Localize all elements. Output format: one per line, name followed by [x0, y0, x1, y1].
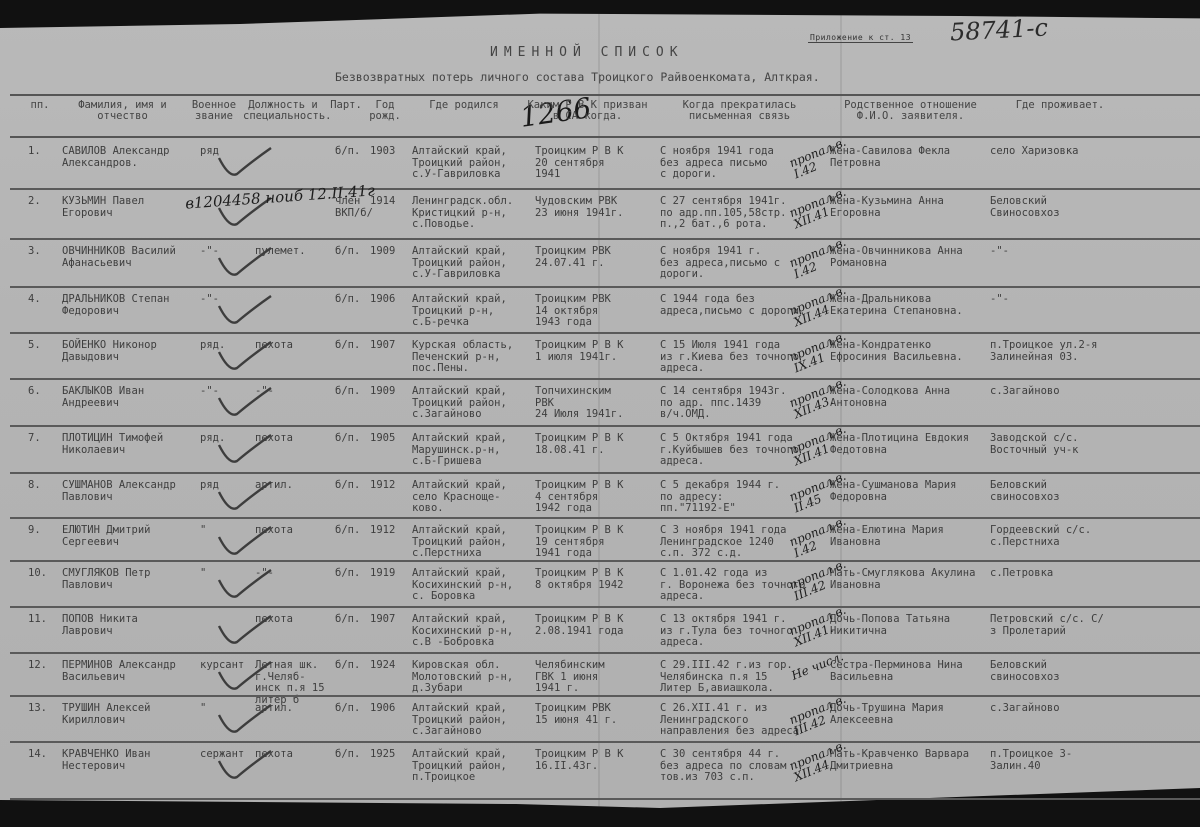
- cell-name: ПЕРМИНОВ Александр Васильевич: [62, 660, 182, 683]
- cell-year: 1924: [370, 660, 408, 672]
- cell-born: Алтайский край, Троицкий район, с.Перстн…: [412, 525, 530, 560]
- archive-number: 58741-с: [949, 13, 1048, 46]
- cell-no: 6.: [28, 386, 58, 398]
- column-header: Год рожд.: [366, 100, 404, 122]
- cell-born: Алтайский край, Троицкий район, с.У-Гавр…: [412, 146, 530, 181]
- cell-contact: С 14 сентября 1943г. по адр. ппс.1439 в/…: [660, 386, 810, 421]
- cell-born: Алтайский край, Троицкий район, п.Троицк…: [412, 749, 530, 784]
- cell-name: БАКЛЫКОВ Иван Андреевич: [62, 386, 182, 409]
- column-header: Военное звание: [185, 100, 243, 122]
- header-bottom-rule: [10, 136, 1200, 138]
- cell-party: б/п.: [335, 246, 375, 258]
- table-row: 2.КУЗЬМИН Павел Егоровиччлен ВКП/б/1914Л…: [10, 190, 1200, 240]
- cell-year: 1914: [370, 196, 408, 208]
- cell-residence: с.Загайново: [990, 703, 1110, 715]
- column-header: Фамилия, имя и отчество: [60, 100, 185, 122]
- cell-relative: Мать-Смуглякова Акулина Ивановна: [830, 568, 980, 591]
- cell-relative: Мать-Кравченко Варвара Дмитриевна: [830, 749, 980, 772]
- cell-rvk: Троицким Р В К 19 сентября 1941 года: [535, 525, 653, 560]
- cell-year: 1906: [370, 703, 408, 715]
- column-header: Должность и специальность.: [243, 100, 323, 122]
- cell-party: б/п.: [335, 294, 375, 306]
- cell-contact: С 30 сентября 44 г. без адреса по словам…: [660, 749, 810, 784]
- cell-no: 5.: [28, 340, 58, 352]
- cell-residence: с.Петровка: [990, 568, 1110, 580]
- cell-residence: Беловский свиносовхоз: [990, 660, 1110, 683]
- column-header: пп.: [20, 100, 60, 111]
- cell-year: 1907: [370, 614, 408, 626]
- cell-name: БОЙЕНКО Никонор Давыдович: [62, 340, 182, 363]
- page-subtitle: Безвозвратных потерь личного состава Тро…: [335, 70, 820, 84]
- cell-party: б/п.: [335, 614, 375, 626]
- cell-year: 1912: [370, 525, 408, 537]
- checkmark-icon: [215, 292, 275, 328]
- checkmark-icon: [215, 566, 275, 602]
- checkmark-icon: [215, 612, 275, 648]
- cell-rvk: Чудовским РВК 23 июня 1941г.: [535, 196, 653, 219]
- cell-no: 2.: [28, 196, 58, 208]
- checkmark-icon: [215, 747, 275, 783]
- table-row: 7.ПЛОТИЦИН Тимофей Николаевичряд.пехотаб…: [10, 427, 1200, 474]
- cell-contact: С 29.III.42 г.из гор. Челябинска п.я 15 …: [660, 660, 810, 695]
- handwritten-note: пропал в. I.42: [788, 515, 852, 560]
- table-row: 10.СМУГЛЯКОВ Петр Павлович"-"-б/п.1919Ал…: [10, 562, 1200, 608]
- cell-contact: С ноября 1941 г. без адреса,письмо с дор…: [660, 246, 810, 281]
- cell-rvk: Троицким РВК 14 октября 1943 года: [535, 294, 653, 329]
- table-row: 5.БОЙЕНКО Никонор Давыдовичряд.пехотаб/п…: [10, 334, 1200, 380]
- cell-rvk: Троицким Р В К 2.08.1941 года: [535, 614, 653, 637]
- cell-rvk: Троицким Р В К 20 сентября 1941: [535, 146, 653, 181]
- handwritten-note: пропал в. XII.41: [788, 423, 852, 468]
- checkmark-icon: [215, 144, 275, 180]
- checkmark-icon: [215, 523, 275, 559]
- cell-rvk: Троицким Р В К 8 октября 1942: [535, 568, 653, 591]
- cell-born: Алтайский край, Троицкий район, с.У-Гавр…: [412, 246, 530, 281]
- cell-year: 1906: [370, 294, 408, 306]
- cell-year: 1919: [370, 568, 408, 580]
- cell-rvk: Челябинским ГВК 1 июня 1941 г.: [535, 660, 653, 695]
- table-row: 14.КРАВЧЕНКО Иван Нестеровичсержантпехот…: [10, 743, 1200, 800]
- cell-contact: С 15 Июля 1941 года из г.Киева без точно…: [660, 340, 810, 375]
- handwritten-note: пропал в. XII.43.: [788, 376, 852, 421]
- handwritten-note: пропал в. I.42: [788, 136, 852, 181]
- cell-contact: С 26.XII.41 г. из Ленинградского направл…: [660, 703, 810, 738]
- column-header: Парт.: [326, 100, 366, 111]
- cell-residence: Петровский с/с. С/з Пролетарий: [990, 614, 1110, 637]
- cell-born: Курская область, Печенский р-н, пос.Пены…: [412, 340, 530, 375]
- cell-residence: с.Загайново: [990, 386, 1110, 398]
- cell-no: 1.: [28, 146, 58, 158]
- cell-no: 9.: [28, 525, 58, 537]
- checkmark-icon: [215, 431, 275, 467]
- checkmark-icon: [215, 338, 275, 374]
- cell-rvk: Троицким Р В К 4 сентября 1942 года: [535, 480, 653, 515]
- cell-contact: С 5 Октября 1941 года г.Куйбышев без точ…: [660, 433, 810, 468]
- cell-relative: Жена-Кузьмина Анна Егоровна: [830, 196, 980, 219]
- cell-born: Алтайский край, Косихинский р-н, с. Боро…: [412, 568, 530, 603]
- cell-relative: Жена-Овчинникова Анна Романовна: [830, 246, 980, 269]
- checkmark-icon: [215, 701, 275, 737]
- cell-year: 1909: [370, 246, 408, 258]
- handwritten-note: пропал в. III.42: [788, 558, 852, 603]
- cell-party: б/п.: [335, 146, 375, 158]
- cell-no: 14.: [28, 749, 58, 761]
- checkmark-icon: [215, 478, 275, 514]
- cell-party: б/п.: [335, 525, 375, 537]
- cell-residence: -"-: [990, 294, 1110, 306]
- cell-no: 13.: [28, 703, 58, 715]
- cell-name: ПЛОТИЦИН Тимофей Николаевич: [62, 433, 182, 456]
- cell-name: ТРУШИН Алексей Кириллович: [62, 703, 182, 726]
- cell-no: 10.: [28, 568, 58, 580]
- table-row: 3.ОВЧИННИКОВ Василий Афанасьевич-"-пулем…: [10, 240, 1200, 288]
- cell-contact: С 1.01.42 года из г. Воронежа без точног…: [660, 568, 810, 603]
- cell-relative: Жена-Сушманова Мария Федоровна: [830, 480, 980, 503]
- cell-year: 1925: [370, 749, 408, 761]
- cell-year: 1909: [370, 386, 408, 398]
- cell-born: Алтайский край, село Красноще- ково.: [412, 480, 530, 515]
- cell-residence: п.Троицкое 3-Залин.40: [990, 749, 1110, 772]
- cell-residence: п.Троицкое ул.2-я Залинейная 03.: [990, 340, 1110, 363]
- cell-rvk: Топчихинским РВК 24 Июля 1941г.: [535, 386, 653, 421]
- table-row: 11.ПОПОВ Никита Лавровичпехотаб/п.1907Ал…: [10, 608, 1200, 654]
- cell-contact: С ноября 1941 года без адреса письмо с д…: [660, 146, 810, 181]
- handwritten-note: пропал в. XII.44: [788, 739, 852, 784]
- table-row: 8.СУШМАНОВ Александр Павловичрядартил.б/…: [10, 474, 1200, 519]
- cell-name: ПОПОВ Никита Лаврович: [62, 614, 182, 637]
- cell-name: САВИЛОВ Александр Александров.: [62, 146, 182, 169]
- cell-born: Кировская обл. Молотовский р-н, д.Зубари: [412, 660, 530, 695]
- cell-born: Алтайский край, Марушинск.р-н, с.Б-Грише…: [412, 433, 530, 468]
- cell-contact: С 27 сентября 1941г. по адр.пп.105,58стр…: [660, 196, 810, 231]
- checkmark-icon: [215, 658, 275, 694]
- cell-born: Алтайский край, Троицкий район, с.Загайн…: [412, 703, 530, 738]
- cell-relative: Жена-Кондратенко Ефросиния Васильевна.: [830, 340, 980, 363]
- cell-year: 1912: [370, 480, 408, 492]
- cell-year: 1903: [370, 146, 408, 158]
- table-row: 9.ЕЛЮТИН Дмитрий Сергеевич"пехотаб/п.191…: [10, 519, 1200, 562]
- archive-stamp: Приложение к ст. 13: [808, 33, 913, 43]
- cell-rvk: Троицким РВК 24.07.41 г.: [535, 246, 653, 269]
- cell-party: б/п.: [335, 660, 375, 672]
- handwritten-note: пропал в. IX.41: [788, 330, 852, 375]
- cell-relative: Жена-Елютина Мария Ивановна: [830, 525, 980, 548]
- cell-born: Ленинградск.обл. Кристицкий р-н, с.Повод…: [412, 196, 530, 231]
- cell-contact: С 3 ноября 1941 года Ленинградское 1240 …: [660, 525, 810, 560]
- table-row: 13.ТРУШИН Алексей Кириллович"артил.б/п.1…: [10, 697, 1200, 743]
- cell-residence: Беловский свиносовхоз: [990, 480, 1110, 503]
- cell-relative: Жена-Дральникова Екатерина Степановна.: [830, 294, 980, 317]
- cell-name: КУЗЬМИН Павел Егорович: [62, 196, 182, 219]
- row-divider: [10, 798, 1200, 800]
- cell-party: б/п.: [335, 480, 375, 492]
- cell-name: ОВЧИННИКОВ Василий Афанасьевич: [62, 246, 182, 269]
- cell-name: ДРАЛЬНИКОВ Степан Федорович: [62, 294, 182, 317]
- cell-party: б/п.: [335, 749, 375, 761]
- cell-rvk: Троицким Р В К 18.08.41 г.: [535, 433, 653, 456]
- cell-no: 11.: [28, 614, 58, 626]
- cell-no: 8.: [28, 480, 58, 492]
- cell-year: 1905: [370, 433, 408, 445]
- table-row: 12.ПЕРМИНОВ Александр ВасильевичкурсантЛ…: [10, 654, 1200, 697]
- cell-party: б/п.: [335, 703, 375, 715]
- page-title: ИМЕННОЙ СПИСОК: [490, 45, 684, 60]
- cell-rvk: Троицким РВК 15 июня 41 г.: [535, 703, 653, 726]
- table-row: 4.ДРАЛЬНИКОВ Степан Федорович-"-б/п.1906…: [10, 288, 1200, 334]
- handwritten-note: пропал в. XII.41.: [788, 604, 852, 649]
- handwritten-note: пропал в. II.45: [788, 470, 852, 515]
- cell-party: б/п.: [335, 340, 375, 352]
- cell-party: б/п.: [335, 433, 375, 445]
- cell-born: Алтайский край, Косихинский р-н, с.В -Бо…: [412, 614, 530, 649]
- column-header: Где проживает.: [995, 100, 1125, 111]
- cell-residence: Заводской с/с. Восточный уч-к: [990, 433, 1110, 456]
- cell-name: ЕЛЮТИН Дмитрий Сергеевич: [62, 525, 182, 548]
- cell-born: Алтайский край, Троицкий район, с.Загайн…: [412, 386, 530, 421]
- handwritten-note: пропал в. XII.41: [788, 186, 852, 231]
- cell-rvk: Троицким Р В К 16.II.43г.: [535, 749, 653, 772]
- handwritten-note: пропал в. III.42: [788, 693, 852, 738]
- cell-relative: Сестра-Перминова Нина Васильевна: [830, 660, 980, 683]
- cell-residence: Беловский Свиносовхоз: [990, 196, 1110, 219]
- cell-name: СУШМАНОВ Александр Павлович: [62, 480, 182, 503]
- cell-relative: Жена-Савилова Фекла Петровна: [830, 146, 980, 169]
- cell-name: КРАВЧЕНКО Иван Нестерович: [62, 749, 182, 772]
- column-header: Когда прекратилась письменная связь: [652, 100, 827, 122]
- cell-relative: Жена-Солодкова Анна Антоновна: [830, 386, 980, 409]
- checkmark-icon: [215, 244, 275, 280]
- cell-no: 3.: [28, 246, 58, 258]
- cell-party: б/п.: [335, 386, 375, 398]
- column-header: Где родился: [404, 100, 524, 111]
- cell-contact: С 13 октября 1941 г. из г.Тула без точно…: [660, 614, 810, 649]
- cell-name: СМУГЛЯКОВ Петр Павлович: [62, 568, 182, 591]
- table-row: 6.БАКЛЫКОВ Иван Андреевич-"--"-б/п.1909А…: [10, 380, 1200, 427]
- cell-rvk: Троицким Р В К 1 июля 1941г.: [535, 340, 653, 363]
- cell-residence: Гордеевский с/с. с.Перстниха: [990, 525, 1110, 548]
- cell-born: Алтайский край, Троицкий р-н, с.Б-речка: [412, 294, 530, 329]
- table-row: 1.САВИЛОВ Александр Александров.рядб/п.1…: [10, 140, 1200, 190]
- cell-year: 1907: [370, 340, 408, 352]
- column-header: Родственное отношение Ф.И.О. заявителя.: [828, 100, 993, 122]
- handwritten-note: пропал в. XII.44: [788, 284, 852, 329]
- cell-relative: Дочь-Попова Татьяна Никитична: [830, 614, 980, 637]
- cell-relative: Жена-Плотицина Евдокия Федотовна: [830, 433, 980, 456]
- cell-contact: С 5 декабря 1944 г. по адресу: пп."71192…: [660, 480, 810, 515]
- cell-no: 4.: [28, 294, 58, 306]
- cell-relative: Дочь-Трушина Мария Алексеевна: [830, 703, 980, 726]
- checkmark-icon: [215, 384, 275, 420]
- cell-no: 7.: [28, 433, 58, 445]
- cell-no: 12.: [28, 660, 58, 672]
- cell-residence: -"-: [990, 246, 1110, 258]
- handwritten-note: пропал в. I.42: [788, 236, 852, 281]
- header-top-rule: [10, 94, 1200, 96]
- cell-residence: село Харизовка: [990, 146, 1110, 158]
- column-header: Каким Р В К призван в СА когда.: [525, 100, 650, 122]
- cell-party: б/п.: [335, 568, 375, 580]
